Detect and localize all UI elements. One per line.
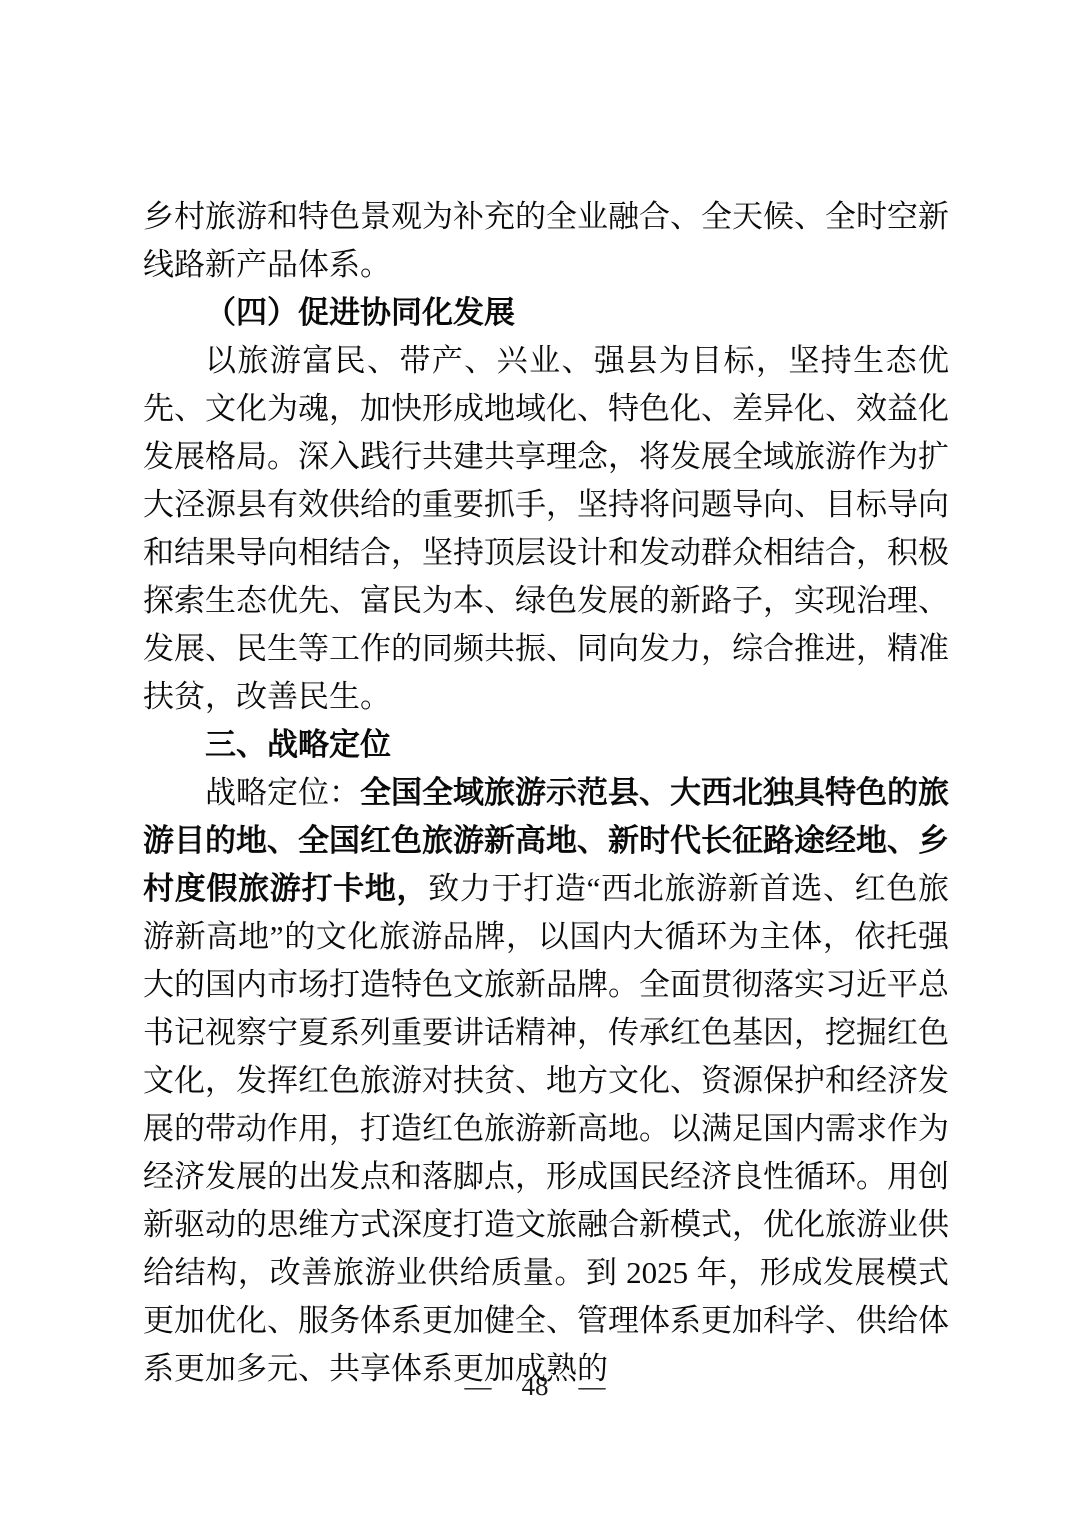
heading-section-four-coordinated-development: （四）促进协同化发展	[143, 289, 949, 337]
footer-dash-right: —	[579, 1368, 606, 1404]
page-footer: —48—	[0, 1368, 1070, 1404]
run-strategic-positioning-label: 战略定位：	[205, 775, 360, 810]
paragraph-strategic-positioning: 战略定位：全国全域旅游示范县、大西北独具特色的旅游目的地、全国红色旅游新高地、新…	[143, 769, 949, 1393]
paragraph-coordinated-development: 以旅游富民、带产、兴业、强县为目标，坚持生态优先、文化为魂，加快形成地域化、特色…	[143, 337, 949, 721]
document-body: 乡村旅游和特色景观为补充的全业融合、全天候、全时空新线路新产品体系。 （四）促进…	[143, 193, 949, 1393]
page-number: 48	[522, 1368, 549, 1404]
heading-strategic-positioning: 三、战略定位	[143, 721, 949, 769]
paragraph-continuation: 乡村旅游和特色景观为补充的全业融合、全天候、全时空新线路新产品体系。	[143, 193, 949, 289]
footer-dash-left: —	[465, 1368, 492, 1404]
document-page: 乡村旅游和特色景观为补充的全业融合、全天候、全时空新线路新产品体系。 （四）促进…	[0, 0, 1070, 1515]
run-strategic-positioning-rest: 致力于打造“西北旅游新首选、红色旅游新高地”的文化旅游品牌，以国内大循环为主体，…	[143, 871, 949, 1386]
